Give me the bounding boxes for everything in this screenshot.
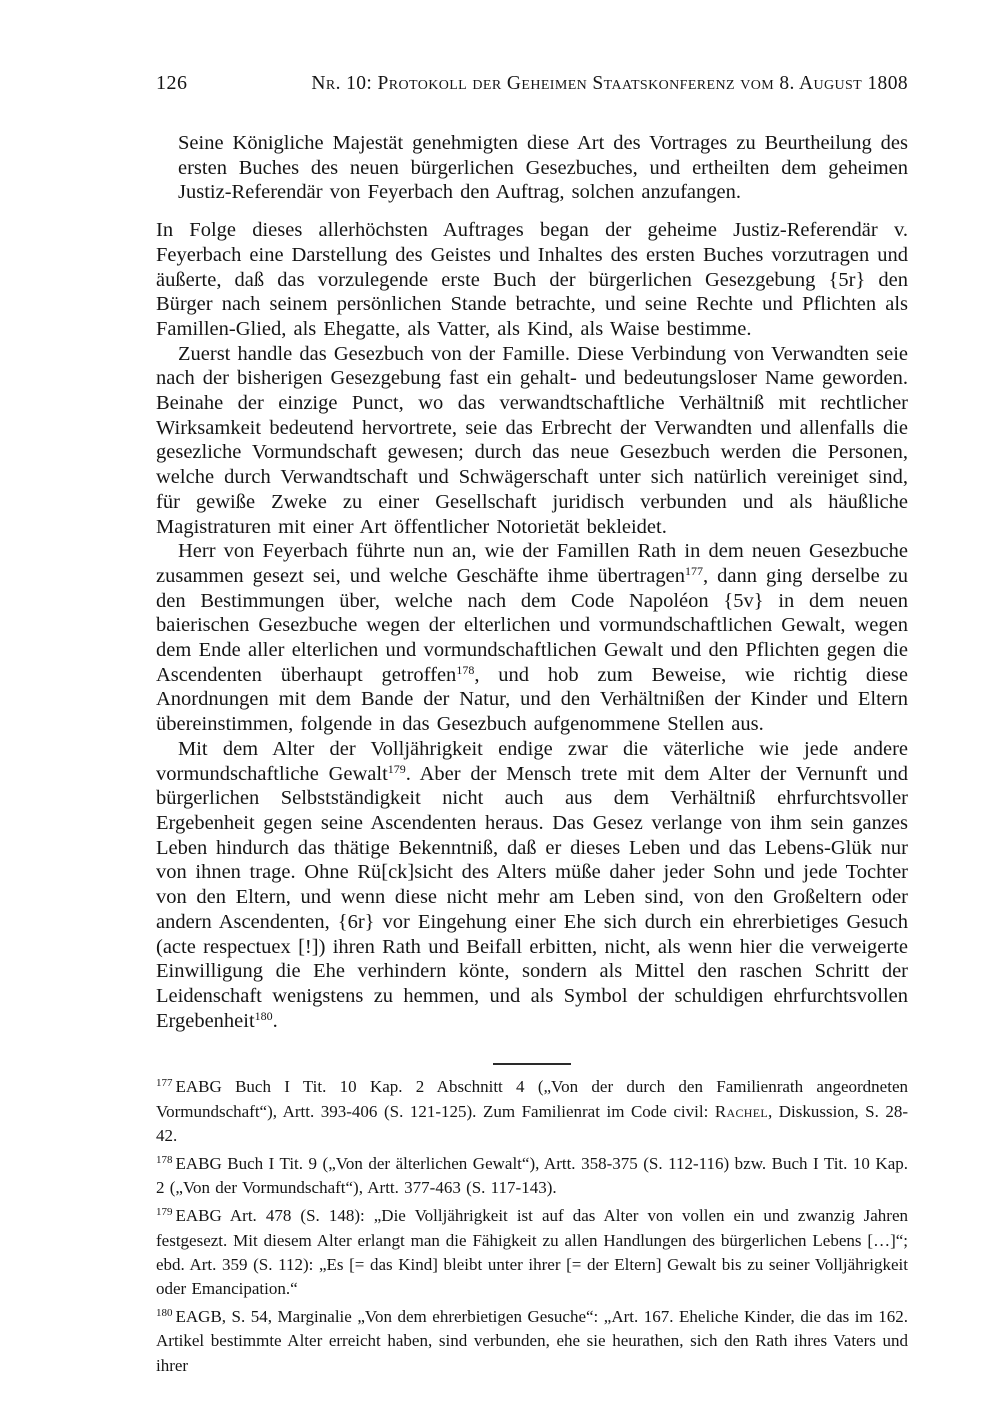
body-paragraph: Zuerst handle das Gesezbuch von der Fami…	[156, 342, 908, 540]
footnote-marker: 179	[388, 762, 406, 776]
footnote: 179EABG Art. 478 (S. 148): „Die Volljähr…	[156, 1204, 908, 1301]
footnote-marker: 180	[255, 1009, 273, 1023]
footnote-number: 179	[156, 1206, 173, 1218]
footnote-number: 180	[156, 1307, 173, 1319]
page-number: 126	[156, 72, 188, 95]
footnote: 180EAGB, S. 54, Marginalie „Von dem ehre…	[156, 1305, 908, 1378]
running-header: Nr. 10: Protokoll der Geheimen Staatskon…	[188, 73, 909, 95]
body-paragraph: In Folge dieses allerhöchsten Auftrages …	[156, 218, 908, 342]
document-page: 126 Nr. 10: Protokoll der Geheimen Staat…	[0, 0, 1004, 1418]
author-smallcaps: Rachel	[715, 1102, 768, 1121]
footnote-separator	[493, 1063, 571, 1065]
footnote-number: 177	[156, 1077, 173, 1089]
body-paragraph: Mit dem Alter der Volljährigkeit endige …	[156, 737, 908, 1033]
page-header: 126 Nr. 10: Protokoll der Geheimen Staat…	[156, 72, 908, 95]
footnote: 178EABG Buch I Tit. 9 („Von der älterlic…	[156, 1152, 908, 1200]
main-text: In Folge dieses allerhöchsten Auftrages …	[156, 218, 908, 1033]
footnotes-section: 177EABG Buch I Tit. 10 Kap. 2 Abschnitt …	[156, 1075, 908, 1377]
footnote-marker: 178	[456, 663, 474, 677]
body-paragraph: Herr von Feyerbach führte nun an, wie de…	[156, 539, 908, 737]
block-quote: Seine Königliche Majestät genehmigten di…	[178, 131, 908, 205]
footnote-number: 178	[156, 1154, 173, 1166]
footnote: 177EABG Buch I Tit. 10 Kap. 2 Abschnitt …	[156, 1075, 908, 1148]
footnote-marker: 177	[685, 564, 703, 578]
